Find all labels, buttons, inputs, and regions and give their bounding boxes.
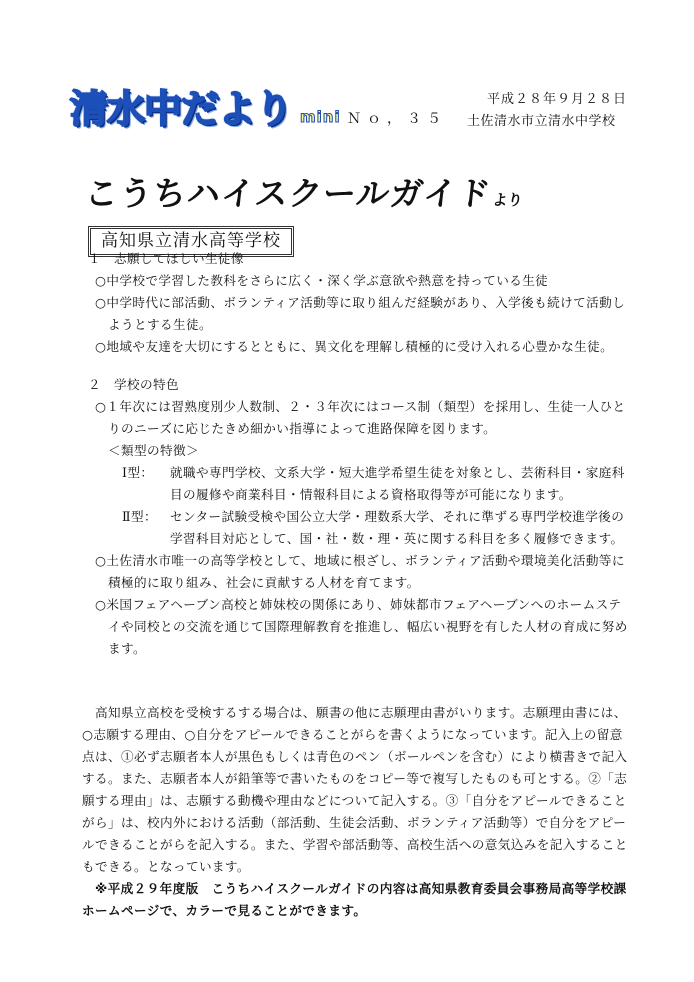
logo-title: 清水中だより	[70, 86, 292, 132]
guide-title-suffix: より	[492, 191, 524, 209]
section2-line: ○米国フェアヘーブン高校と姉妹校の関係にあり、姉妹都市フェアヘーブンへのホームス…	[95, 594, 621, 616]
note-line: ※平成２９年度版 こうちハイスクールガイドの内容は高知県教育委員会事務局高等学校…	[82, 878, 627, 900]
type2-desc: 学習科目対応として、国・社・数・理・英に関する科目を多く履修できます。	[170, 528, 624, 550]
issue-number: Ｎｏ，３５	[347, 108, 447, 128]
type2-desc: センター試験受検や国公立大学・理数系大学、それに準ずる専門学校進学後の	[170, 506, 624, 528]
school-name: 土佐清水市立清水中学校	[467, 110, 616, 129]
note-line: ホームページで、カラーで見ることができます。	[82, 900, 366, 922]
section2-line: ○１年次には習熟度別少人数制、２・３年次にはコース制（類型）を採用し、生徒一人ひ…	[95, 396, 626, 418]
section2-subheading: ＜類型の特徴＞	[95, 440, 199, 462]
section2-line: 積極的に取り組み、社会に貢献する人材を育てます。	[95, 572, 420, 594]
body-line: ルできることがらを記入する。また、学習や部活動等、高校生活への意気込みを記入する…	[82, 834, 628, 856]
type2-label: Ⅱ型：	[122, 506, 157, 528]
body-line: がら」は、校内外における活動（部活動、生徒会活動、ボランティア活動等）で自分をア…	[82, 812, 626, 834]
section1-item: ○中学校で学習した教科をさらに広く・深く学ぶ意欲や熱意を持っている生徒	[95, 270, 548, 292]
newsletter-logo: 清水中だより mini	[70, 82, 341, 132]
section1-item: ○地域や友達を大切にするとともに、異文化を理解し積極的に受け入れる心豊かな生徒。	[95, 336, 613, 358]
logo-suffix: mini	[300, 108, 341, 126]
section1-item: ○中学時代に部活動、ボランティア活動等に取り組んだ経験があり、入学後も続けて活動…	[95, 292, 625, 314]
guide-title-main: こうちハイスクールガイド	[83, 174, 493, 213]
body-line: ○志願する理由、○自分をアピールできることがらを書くようになっています。記入上の…	[82, 724, 623, 746]
type1-desc: 目の履修や商業科目・情報科目による資格取得等が可能になります。	[170, 484, 572, 506]
guide-title: こうちハイスクールガイドより	[83, 168, 526, 215]
section2-line: ○土佐清水市唯一の高等学校として、地域に根ざし、ボランティア活動や環境美化活動等…	[95, 550, 625, 572]
section1-item: ようとする生徒。	[95, 314, 212, 336]
section2-line: りのニーズに応じたきめ細かい指導によって進路保障を図ります。	[95, 418, 496, 440]
section1-heading: １ 志願してほしい生徒像	[88, 248, 244, 270]
body-line: する。また、志願者本人が鉛筆等で書いたものをコピー等で複写したものも可とする。②…	[82, 768, 627, 790]
body-line: もできる。となっています。	[82, 856, 250, 878]
publish-date: 平成２８年９月２８日	[487, 88, 627, 107]
body-line: 願する理由」は、志願する動機や理由などについて記入する。③「自分をアピールできる…	[82, 790, 627, 812]
section2-line: ます。	[95, 638, 146, 660]
type1-desc: 就職や専門学校、文系大学・短大進学希望生徒を対象とし、芸術科目・家庭科	[170, 462, 625, 484]
body-line: 点は、①必ず志願者本人が黒色もしくは青色のペン（ボールペンを含む）により横書きで…	[82, 746, 628, 768]
section2-heading: ２ 学校の特色	[88, 374, 179, 396]
section2-line: イや同校との交流を通じて国際理解教育を推進し、幅広い視野を有した人材の育成に努め	[95, 616, 628, 638]
body-line: 高知県立高校を受検するする場合は、願書の他に志願理由書がいります。志願理由書には…	[82, 702, 627, 724]
type1-label: Ⅰ型：	[122, 462, 153, 484]
